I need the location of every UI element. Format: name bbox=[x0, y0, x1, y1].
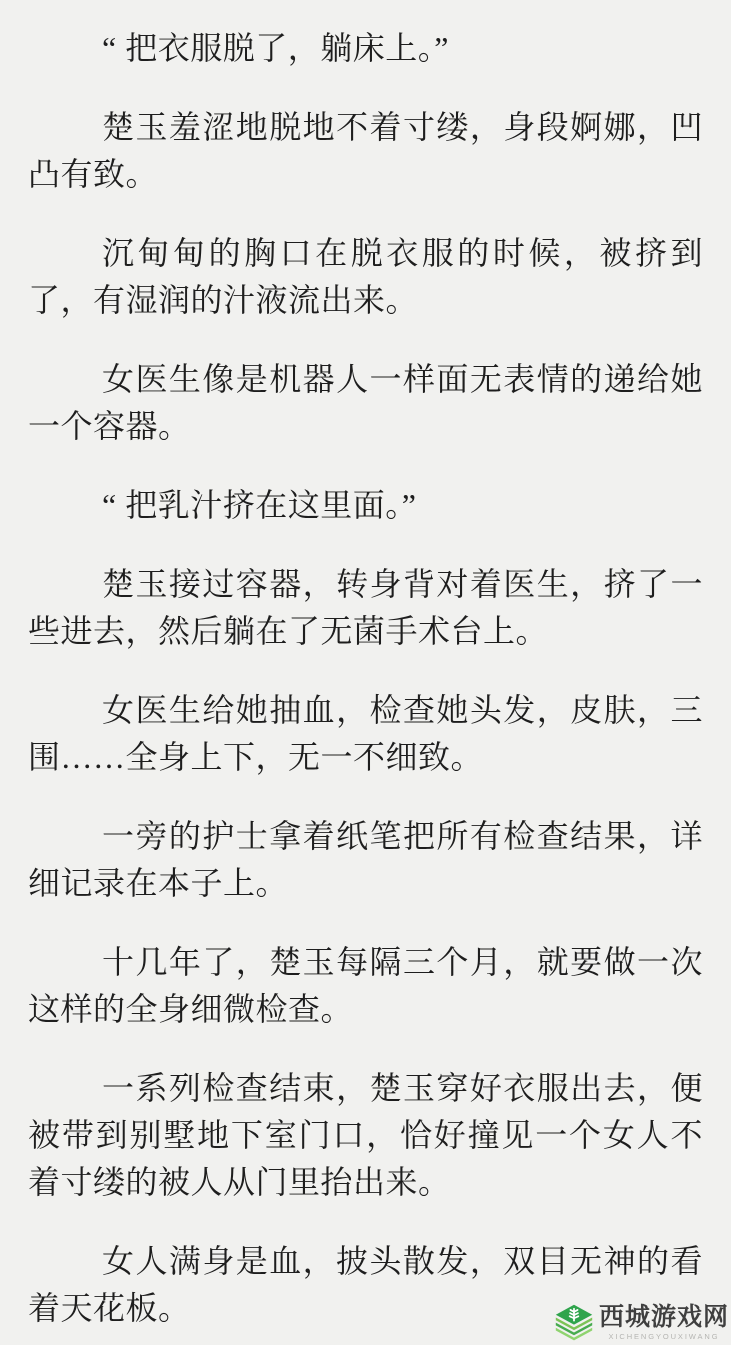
paragraph-narrative-7: 十几年了，楚玉每隔三个月，就要做一次这样的全身细微检查。 bbox=[28, 939, 703, 1033]
watermark-site-name: 西城游戏网 bbox=[599, 1304, 729, 1331]
paragraph-narrative-4: 楚玉接过容器，转身背对着医生，挤了一些进去，然后躺在了无菌手术台上。 bbox=[28, 561, 703, 655]
site-watermark: 西城游戏网 XICHENGYOUXIWANG bbox=[555, 1304, 729, 1342]
paragraph-narrative-6: 一旁的护士拿着纸笔把所有检查结果，详细记录在本子上。 bbox=[28, 813, 703, 907]
novel-reading-page: “ 把衣服脱了，躺床上。” 楚玉羞涩地脱地不着寸缕，身段婀娜，凹凸有致。 沉甸甸… bbox=[0, 0, 731, 1345]
paragraph-narrative-1: 楚玉羞涩地脱地不着寸缕，身段婀娜，凹凸有致。 bbox=[28, 104, 703, 198]
wheat-layer-stack-logo-icon bbox=[555, 1304, 593, 1342]
paragraph-narrative-2: 沉甸甸的胸口在脱衣服的时候，被挤到了，有湿润的汁液流出来。 bbox=[28, 230, 703, 324]
paragraph-dialogue-2: “ 把乳汁挤在这里面。” bbox=[28, 482, 703, 529]
watermark-site-name-latin: XICHENGYOUXIWANG bbox=[609, 1332, 720, 1342]
paragraph-narrative-3: 女医生像是机器人一样面无表情的递给她一个容器。 bbox=[28, 356, 703, 450]
paragraph-narrative-8: 一系列检查结束，楚玉穿好衣服出去，便被带到别墅地下室门口，恰好撞见一个女人不着寸… bbox=[28, 1065, 703, 1206]
watermark-text-block: 西城游戏网 XICHENGYOUXIWANG bbox=[599, 1304, 729, 1342]
paragraph-dialogue-1: “ 把衣服脱了，躺床上。” bbox=[28, 25, 703, 72]
paragraph-narrative-5: 女医生给她抽血，检查她头发，皮肤，三围……全身上下，无一不细致。 bbox=[28, 687, 703, 781]
novel-text-content: “ 把衣服脱了，躺床上。” 楚玉羞涩地脱地不着寸缕，身段婀娜，凹凸有致。 沉甸甸… bbox=[0, 0, 731, 1332]
